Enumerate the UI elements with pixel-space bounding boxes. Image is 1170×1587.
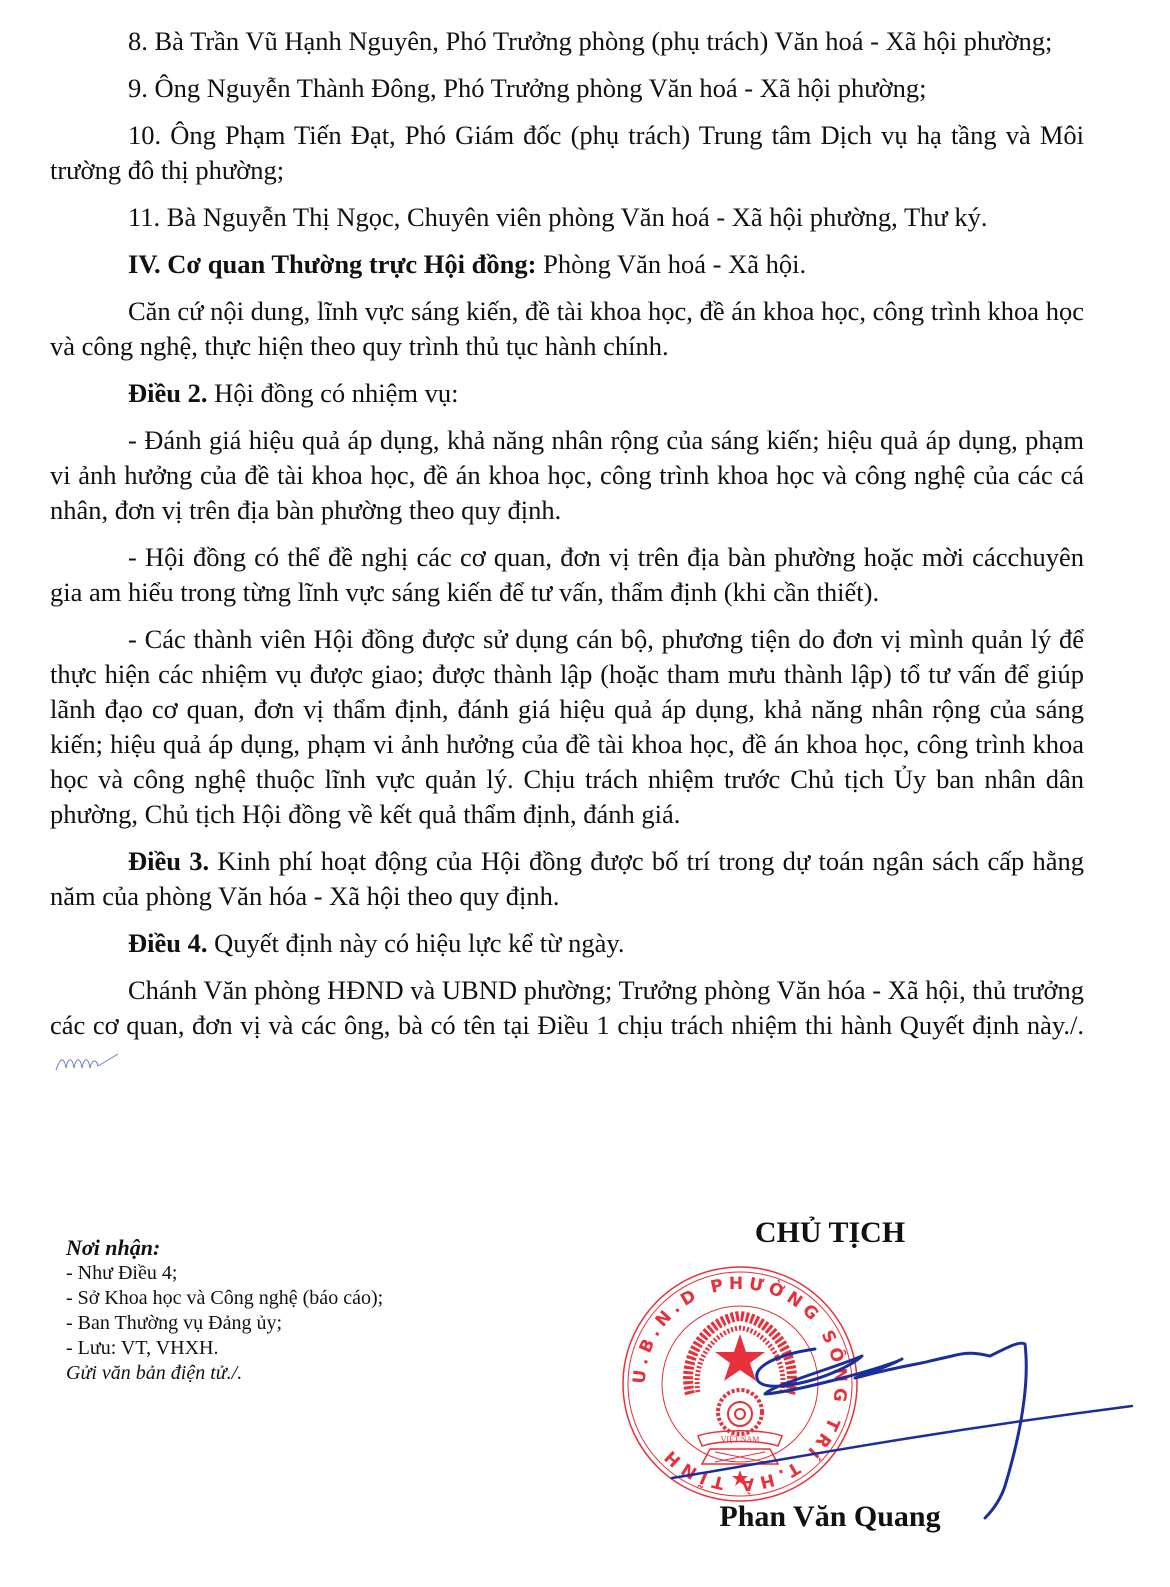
article-2: Điều 2. Hội đồng có nhiệm vụ: bbox=[50, 376, 1084, 411]
article-4-text: Quyết định này có hiệu lực kể từ ngày. bbox=[208, 928, 625, 958]
svg-text:VIỆT NAM: VIỆT NAM bbox=[721, 1434, 760, 1444]
recipient-item: - Ban Thường vụ Đảng ủy; bbox=[66, 1311, 383, 1336]
signature-block: CHỦ TỊCH U.B.N.D PHƯỜNG SÔNG TRÍ T.HÀ TĨ… bbox=[600, 1216, 1060, 1576]
section-iv: IV. Cơ quan Thường trực Hội đồng: Phòng … bbox=[50, 247, 1084, 282]
article-3: Điều 3. Kinh phí hoạt động của Hội đồng … bbox=[50, 844, 1084, 914]
signer-name: Phan Văn Quang bbox=[600, 1500, 1060, 1534]
article-2-duty-3: - Các thành viên Hội đồng được sử dụng c… bbox=[50, 622, 1084, 832]
recipient-item: - Sở Khoa học và Công nghệ (báo cáo); bbox=[66, 1286, 383, 1311]
national-emblem-icon: VIỆT NAM bbox=[688, 1316, 792, 1464]
signer-role: CHỦ TỊCH bbox=[600, 1216, 1060, 1250]
section-iv-text: Phòng Văn hoá - Xã hội. bbox=[536, 249, 806, 279]
recipients-title-colon: : bbox=[153, 1235, 160, 1260]
recipient-item: - Lưu: VT, VHXH. bbox=[66, 1336, 383, 1361]
recipient-item: - Như Điều 4; bbox=[66, 1261, 383, 1286]
member-number: 8. bbox=[128, 26, 148, 56]
member-item-10: 10. Ông Phạm Tiến Đạt, Phó Giám đốc (phụ… bbox=[50, 118, 1084, 188]
member-text: Ông Nguyễn Thành Đông, Phó Trưởng phòng … bbox=[155, 73, 927, 103]
member-text: Bà Nguyễn Thị Ngọc, Chuyên viên phòng Vă… bbox=[167, 202, 988, 232]
article-2-intro: Hội đồng có nhiệm vụ: bbox=[208, 378, 459, 408]
execution-text: Chánh Văn phòng HĐND và UBND phường; Trư… bbox=[50, 975, 1084, 1040]
document-body: 8. Bà Trần Vũ Hạnh Nguyên, Phó Trưởng ph… bbox=[50, 24, 1084, 1090]
execution-paragraph: Chánh Văn phòng HĐND và UBND phường; Trư… bbox=[50, 973, 1084, 1078]
document-page: 8. Bà Trần Vũ Hạnh Nguyên, Phó Trưởng ph… bbox=[0, 0, 1170, 1587]
member-text: Bà Trần Vũ Hạnh Nguyên, Phó Trưởng phòng… bbox=[155, 26, 1053, 56]
article-2-heading: Điều 2. bbox=[128, 378, 208, 408]
recipients-block: Nơi nhận: - Như Điều 4; - Sở Khoa học và… bbox=[66, 1234, 383, 1386]
recipients-note: Gửi văn bản điện tử./. bbox=[66, 1361, 383, 1386]
member-item-11: 11. Bà Nguyễn Thị Ngọc, Chuyên viên phòn… bbox=[50, 200, 1084, 235]
article-3-heading: Điều 3. bbox=[128, 846, 209, 876]
section-iv-heading: IV. Cơ quan Thường trực Hội đồng: bbox=[128, 249, 536, 279]
recipients-title-text: Nơi nhận bbox=[66, 1235, 153, 1260]
member-item-8: 8. Bà Trần Vũ Hạnh Nguyên, Phó Trưởng ph… bbox=[50, 24, 1084, 59]
recipients-title: Nơi nhận: bbox=[66, 1234, 383, 1261]
basis-paragraph: Căn cứ nội dung, lĩnh vực sáng kiến, đề … bbox=[50, 294, 1084, 364]
svg-text:U.B.N.D PHƯỜNG SÔNG TRÍ T.HÀ: U.B.N.D PHƯỜNG SÔNG TRÍ T.HÀ TĨNH bbox=[630, 1274, 851, 1496]
article-4-heading: Điều 4. bbox=[128, 928, 208, 958]
member-number: 11. bbox=[128, 202, 160, 232]
article-2-duty-1: - Đánh giá hiệu quả áp dụng, khả năng nh… bbox=[50, 423, 1084, 528]
member-number: 9. bbox=[128, 73, 148, 103]
member-number: 10. bbox=[128, 120, 161, 150]
official-stamp-icon: U.B.N.D PHƯỜNG SÔNG TRÍ T.HÀ TĨNH VIỆT N… bbox=[620, 1264, 860, 1504]
article-2-duty-2: - Hội đồng có thể đề nghị các cơ quan, đ… bbox=[50, 540, 1084, 610]
member-item-9: 9. Ông Nguyễn Thành Đông, Phó Trưởng phò… bbox=[50, 71, 1084, 106]
article-4: Điều 4. Quyết định này có hiệu lực kể từ… bbox=[50, 926, 1084, 961]
initials-mark-icon bbox=[52, 1052, 122, 1074]
member-text: Ông Phạm Tiến Đạt, Phó Giám đốc (phụ trá… bbox=[50, 120, 1084, 185]
stamp-ring-text: U.B.N.D PHƯỜNG SÔNG TRÍ T.HÀ TĨNH bbox=[630, 1274, 851, 1496]
